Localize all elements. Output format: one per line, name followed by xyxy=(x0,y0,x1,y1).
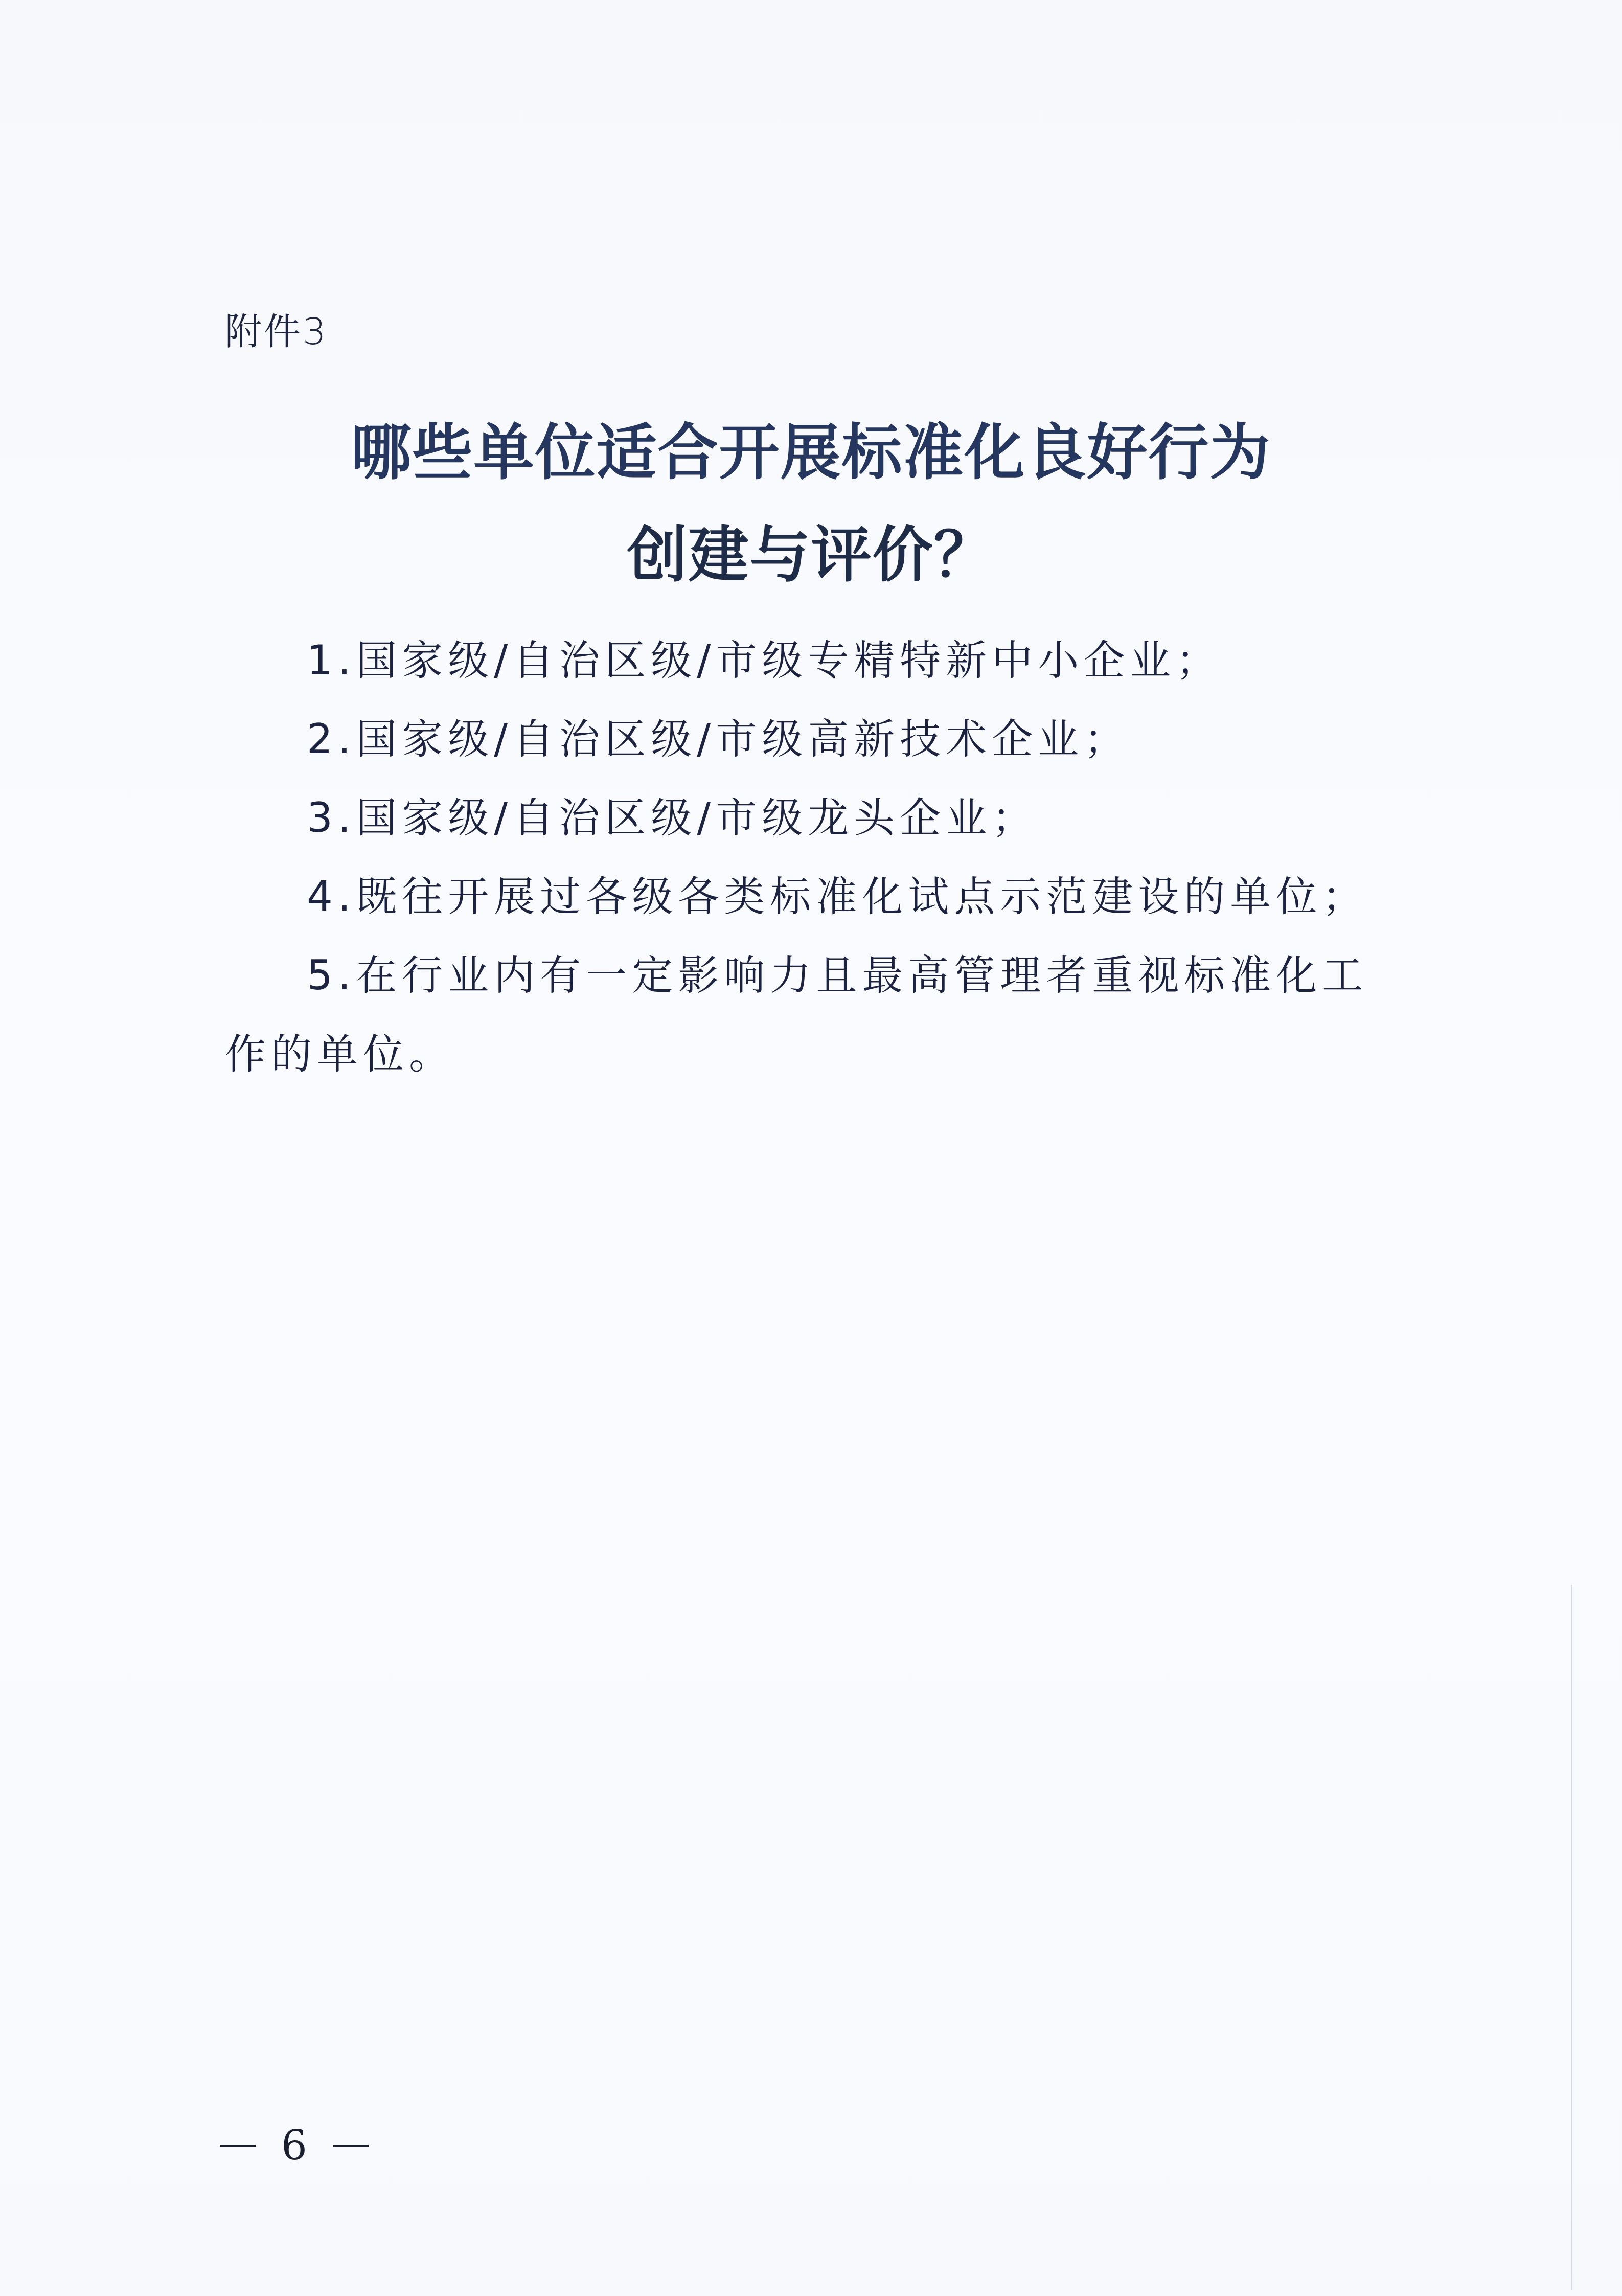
page-footer: 6 xyxy=(220,2122,369,2169)
list-item: 2.国家级/自治区级/市级高新技术企业； xyxy=(225,700,1385,779)
document-title-line-1: 哪些单位适合开展标准化良好行为 xyxy=(0,404,1622,491)
criteria-list: 1.国家级/自治区级/市级专精特新中小企业； 2.国家级/自治区级/市级高新技术… xyxy=(225,621,1385,1094)
list-item: 3.国家级/自治区级/市级龙头企业； xyxy=(225,779,1385,857)
dash-right xyxy=(333,2145,369,2147)
dash-left xyxy=(220,2145,256,2147)
list-item: 4.既往开展过各级各类标准化试点示范建设的单位； xyxy=(225,857,1385,936)
list-item: 1.国家级/自治区级/市级专精特新中小企业； xyxy=(225,621,1385,700)
list-item: 5.在行业内有一定影响力且最高管理者重视标准化工作的单位。 xyxy=(225,936,1385,1094)
page-number: 6 xyxy=(281,2122,307,2169)
attachment-label: 附件3 xyxy=(225,302,328,355)
document-title-line-2: 创建与评价？ xyxy=(0,506,1622,593)
scan-edge-line xyxy=(1571,1585,1572,2290)
document-page: 附件3 哪些单位适合开展标准化良好行为 创建与评价？ 1.国家级/自治区级/市级… xyxy=(0,0,1622,2296)
